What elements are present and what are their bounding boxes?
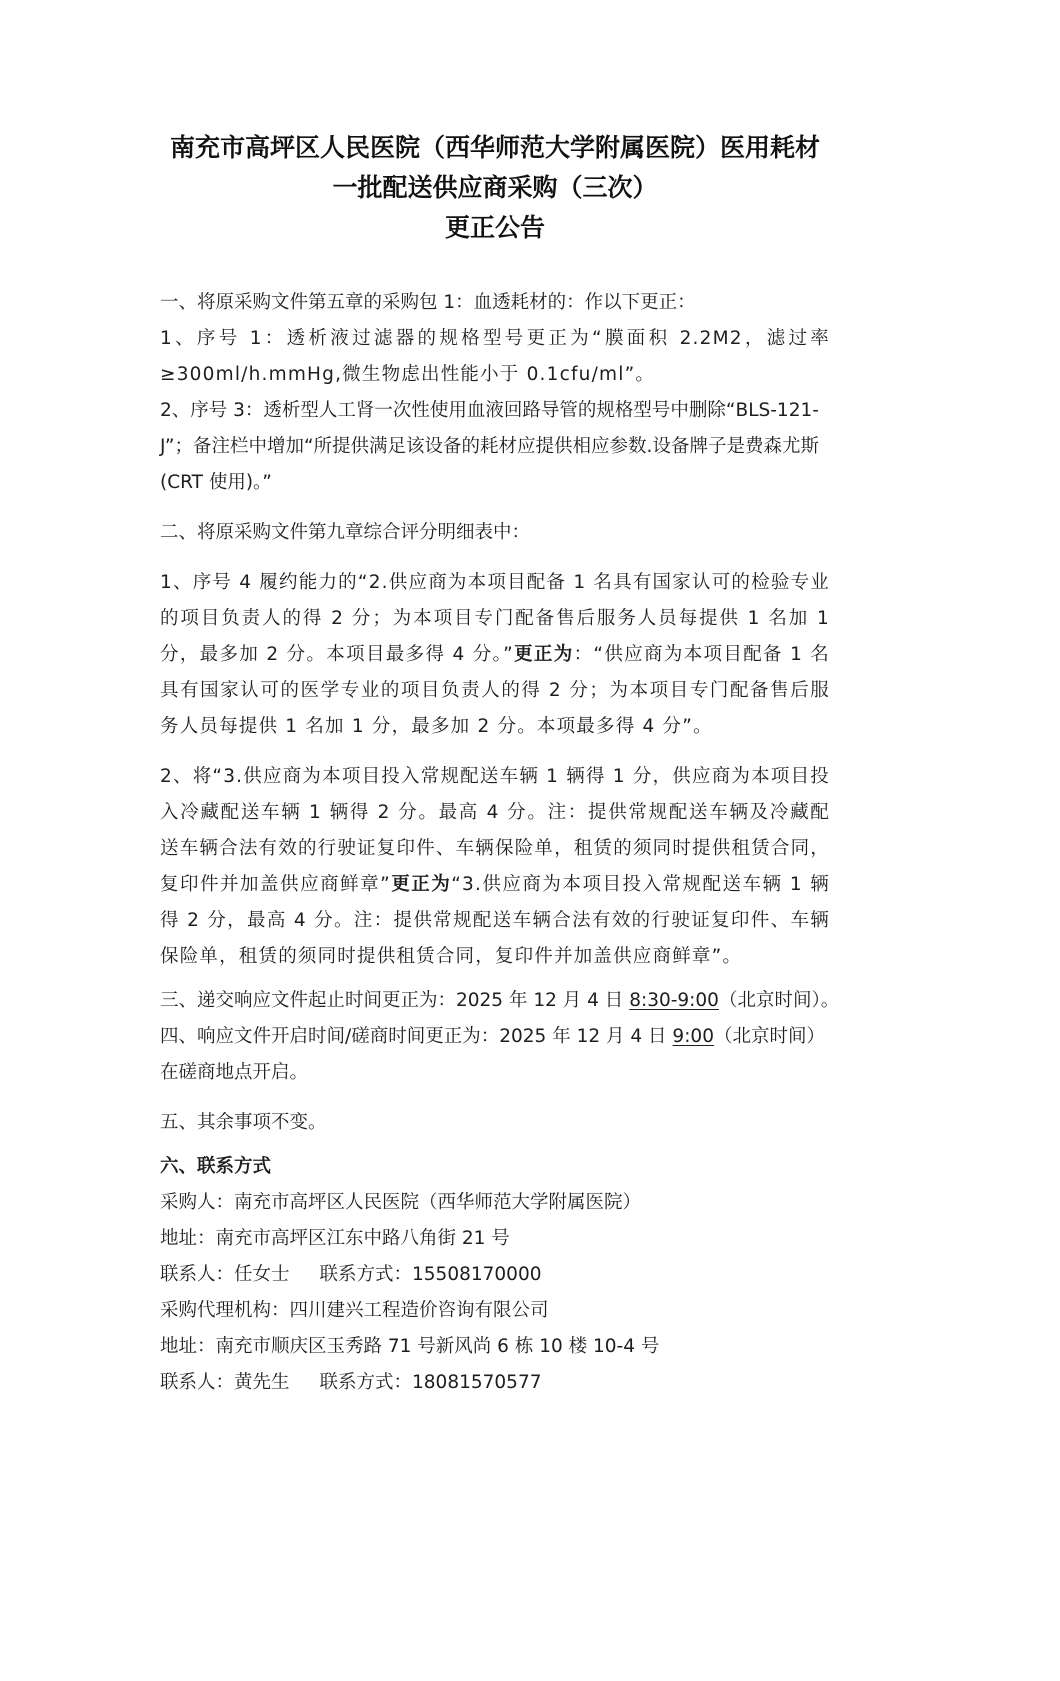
section-1-item-1: 1、序号 1：透析液过滤器的规格型号更正为“膜面积 2.2M2，滤过率≥300m… [160,321,830,393]
section-6-heading: 六、联系方式 [160,1149,830,1185]
purchaser-contact-line: 联系人：任女士联系方式：15508170000 [160,1257,830,1293]
document-body: 一、将原采购文件第五章的采购包 1：血透耗材的：作以下更正： 1、序号 1：透析… [160,285,830,1401]
purchaser-name: 采购人：南充市高坪区人民医院（西华师范大学附属医院） [160,1185,830,1221]
section-3-suffix: （北京时间）。 [719,990,839,1011]
section-3-prefix: 三、递交响应文件起止时间更正为：2025 年 12 月 4 日 [160,990,629,1011]
agency-name: 采购代理机构：四川建兴工程造价咨询有限公司 [160,1293,830,1329]
title-line-1: 南充市高坪区人民医院（西华师范大学附属医院）医用耗材 [150,128,840,168]
section-4-opening-time: 四、响应文件开启时间/磋商时间更正为：2025 年 12 月 4 日 9:00（… [160,1019,830,1091]
document-page: 南充市高坪区人民医院（西华师范大学附属医院）医用耗材 一批配送供应商采购（三次）… [160,128,830,1401]
section-2-heading: 二、将原采购文件第九章综合评分明细表中： [160,515,830,551]
section-2-item-2: 2、将“3.供应商为本项目投入常规配送车辆 1 辆得 1 分，供应商为本项目投入… [160,759,830,975]
section-4-time: 9:00 [672,1026,714,1047]
section-2-item-1-correction-label: 更正为 [514,644,574,665]
agency-contact-person: 联系人：黄先生 [160,1372,290,1393]
section-3-time: 8:30-9:00 [629,990,719,1011]
title-line-2: 一批配送供应商采购（三次） [150,168,840,208]
document-title: 南充市高坪区人民医院（西华师范大学附属医院）医用耗材 一批配送供应商采购（三次）… [150,128,840,248]
purchaser-address: 地址：南充市高坪区江东中路八角街 21 号 [160,1221,830,1257]
section-2-item-1: 1、序号 4 履约能力的“2.供应商为本项目配备 1 名具有国家认可的检验专业的… [160,565,830,745]
agency-contact-line: 联系人：黄先生联系方式：18081570577 [160,1365,830,1401]
section-3-submission-time: 三、递交响应文件起止时间更正为：2025 年 12 月 4 日 8:30-9:0… [160,983,830,1019]
section-1-item-2: 2、序号 3：透析型人工肾一次性使用血液回路导管的规格型号中删除“BLS-121… [160,393,830,501]
agency-phone: 联系方式：18081570577 [320,1372,542,1393]
section-5: 五、其余事项不变。 [160,1105,830,1141]
title-line-3: 更正公告 [150,208,840,248]
section-2-item-2-correction-label: 更正为 [391,874,451,895]
purchaser-phone: 联系方式：15508170000 [320,1264,542,1285]
section-1-heading: 一、将原采购文件第五章的采购包 1：血透耗材的：作以下更正： [160,285,830,321]
agency-address: 地址：南充市顺庆区玉秀路 71 号新风尚 6 栋 10 楼 10-4 号 [160,1329,830,1365]
purchaser-contact-person: 联系人：任女士 [160,1264,290,1285]
section-4-prefix: 四、响应文件开启时间/磋商时间更正为：2025 年 12 月 4 日 [160,1026,672,1047]
